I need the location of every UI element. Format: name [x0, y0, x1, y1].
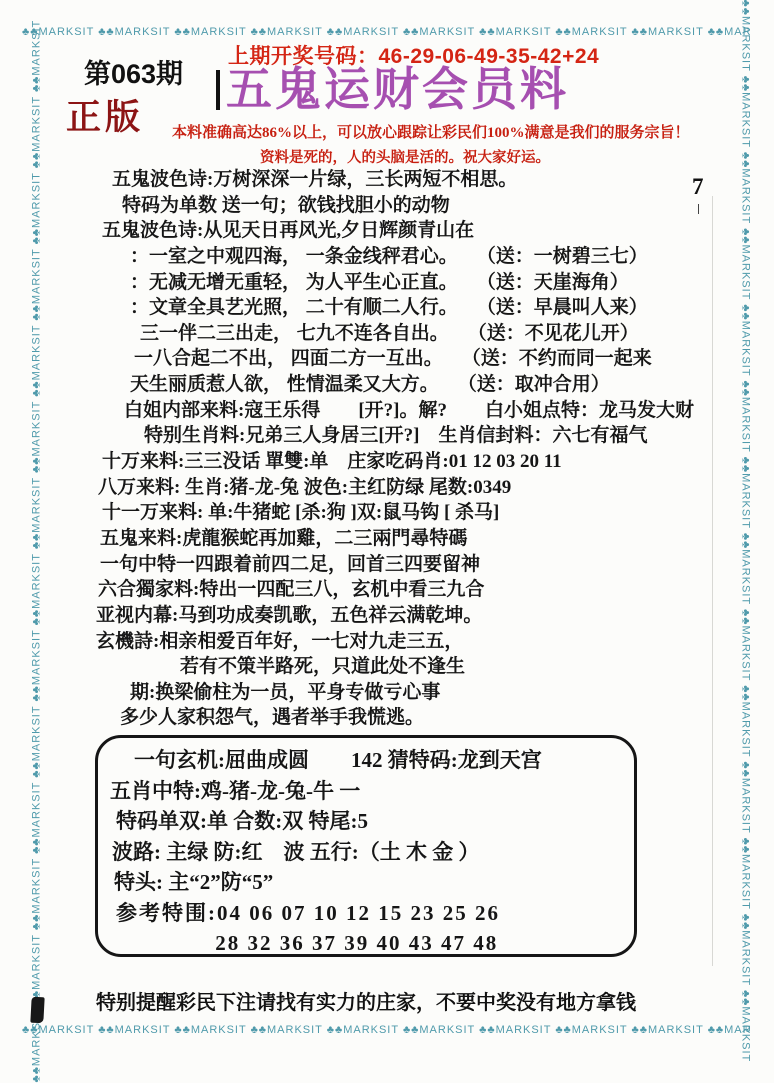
body-line: 玄機詩:相亲相爱百年好，一七对九走三五， [96, 629, 720, 655]
accuracy-slogan: 本料准确高达86%以上，可以放心跟踪让彩民们100%满意是我们的服务宗旨！ [172, 121, 690, 142]
body-line: 若有不策半路死，只道此处不逢生 [180, 654, 720, 680]
body-line: 十一万来料: 单:牛猪蛇 [杀:狗 ]双:鼠马钩 [ 杀马] [102, 500, 720, 526]
body-line: 多少人家积怨气，遇者举手我慌逃。 [120, 705, 720, 731]
body-line: 五鬼来料:虎龍猴蛇再加雞，二三兩門尋特碼 [100, 526, 720, 552]
top-border-pattern: ♣♣MARKSIT ♣♣MARKSIT ♣♣MARKSIT ♣♣MARKSIT … [22, 24, 752, 40]
box-line-special-head: 特头: 主“2”防“5” [114, 867, 634, 898]
body-line: 期:换梁偷柱为一员，平身专做亏心事 [130, 680, 720, 706]
right-border-pattern: ♣♣MARKSIT ♣♣MARKSIT ♣♣MARKSIT ♣♣MARKSIT … [738, 0, 754, 1083]
title-block: 五鬼运财会员料 [216, 66, 569, 114]
box-line-reference-numbers-1: 参考特围:04 06 07 10 12 15 23 25 26 [116, 898, 634, 929]
box-line-five-zodiac: 五肖中特:鸡-猪-龙-兔-牛 一 [110, 776, 634, 807]
box-line-wave-color: 波路: 主绿 防:红 波 五行:（土 木 金 ） [112, 837, 634, 868]
body-line: ：一室之中观四海， 一条金线秤君心。 （送：一树碧三七） [130, 244, 720, 270]
body-line: 一八合起二不出， 四面二方一互出。 （送：不约而同一起来 [134, 346, 720, 372]
page-title: 五鬼运财会员料 [226, 66, 569, 114]
prediction-lines: 五鬼波色诗:万树深深一片绿，三长两短不相思。 特码为单数 送一句；欲钱找胆小的动… [60, 167, 720, 731]
body-line: 八万来料: 生肖:猪-龙-兔 波色:主红防绿 尾数:0349 [98, 475, 720, 501]
edition-label: 正版 [66, 90, 144, 140]
body-line: ：无减无增无重轻， 为人平生心正直。 （送：天崖海角） [130, 270, 720, 296]
lottery-tip-sheet: ♣♣MARKSIT ♣♣MARKSIT ♣♣MARKSIT ♣♣MARKSIT … [0, 0, 774, 1083]
ink-smudge-mark [30, 997, 44, 1024]
body-line: 亚视内幕:马到功成奏凯歌，五色祥云满乾坤。 [96, 603, 720, 629]
box-line-odd-even: 特码单双:单 合数:双 特尾:5 [116, 806, 634, 837]
title-tick-mark [216, 70, 220, 110]
box-line-mystery-phrase: 一句玄机:屈曲成圆 142 猜特码:龙到天宫 [134, 745, 634, 776]
body-line: 特别生肖料:兄弟三人身居三[开?] 生肖信封料：六七有福气 [144, 423, 720, 449]
body-line: 六合獨家料:特出一四配三八，玄机中看三九合 [98, 577, 720, 603]
issue-number: 第063期 [84, 52, 183, 91]
body-line: 三一伴二三出走， 七九不连各自出。 （送：不见花儿开） [140, 321, 720, 347]
body-line: 天生丽质惹人欲， 性情温柔又大方。 （送：取冲合用） [130, 372, 720, 398]
left-border-pattern: ♣♣MARKSIT ♣♣MARKSIT ♣♣MARKSIT ♣♣MARKSIT … [29, 0, 45, 1083]
footer-warning: 特别提醒彩民下注请找有实力的庄家，不要中奖没有地方拿钱 [96, 986, 636, 1015]
good-luck-motto: 资料是死的，人的头脑是活的。祝大家好运。 [260, 146, 550, 167]
body-line: 白姐内部来料:寇王乐得 [开?]。解? 白小姐点特：龙马发大财 [124, 398, 720, 424]
box-line-reference-numbers-2: 28 32 36 37 39 40 43 47 48 [116, 928, 634, 959]
body-line: 五鬼波色诗:万树深深一片绿，三长两短不相思。 [112, 167, 720, 193]
body-line: 特码为单数 送一句；欲钱找胆小的动物 [122, 193, 720, 219]
body-line: 一句中特一四跟着前四二足，回首三四要留神 [100, 552, 720, 578]
final-prediction-box: 一句玄机:屈曲成圆 142 猜特码:龙到天宫 五肖中特:鸡-猪-龙-兔-牛 一 … [95, 735, 637, 957]
body-line: 五鬼波色诗:从见天日再风光,夕日辉颜青山在 [102, 218, 720, 244]
body-line: ：文章全具艺光照， 二十有顺二人行。 （送：早晨叫人来） [130, 295, 720, 321]
body-line: 十万来料:三三没话 單雙:单 庄家吃码肖:01 12 03 20 11 [102, 449, 720, 475]
bottom-border-pattern: ♣♣MARKSIT ♣♣MARKSIT ♣♣MARKSIT ♣♣MARKSIT … [22, 1022, 752, 1038]
